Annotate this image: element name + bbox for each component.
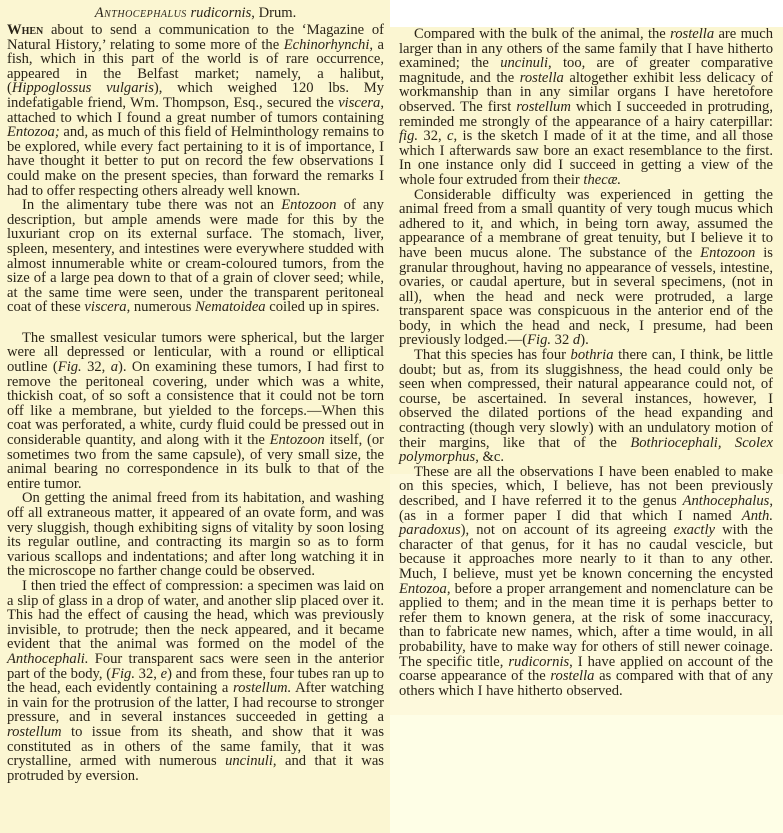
- italic-term: Entozoon: [700, 245, 755, 261]
- italic-term: rostellum: [516, 99, 571, 115]
- italic-term: uncinuli: [500, 55, 548, 71]
- italic-term: uncinuli: [225, 753, 273, 769]
- italic-term: rostella: [670, 26, 714, 42]
- paragraph: The smallest vesicular tumors were spher…: [7, 331, 384, 492]
- title-author: , Drum.: [251, 5, 296, 21]
- left-column: Anthocephalus rudicornis, Drum. When abo…: [0, 0, 390, 833]
- italic-term: Fig.: [58, 359, 82, 375]
- italic-term: rostella: [550, 668, 594, 684]
- paragraph: Considerable difficulty was experienced …: [399, 188, 773, 349]
- italic-term: Fig.: [111, 666, 135, 682]
- paragraph: Compared with the bulk of the animal, th…: [399, 27, 773, 188]
- italic-term: viscera: [338, 95, 380, 111]
- article-title: Anthocephalus rudicornis, Drum.: [7, 5, 384, 21]
- italic-term: fig.: [399, 128, 418, 144]
- italic-term: Entozoon: [270, 432, 325, 448]
- italic-term: Echinorhynchi: [284, 37, 370, 53]
- paragraph: On getting the animal freed from its hab…: [7, 491, 384, 579]
- italic-term: Anthocephalus: [683, 493, 770, 509]
- italic-term: a: [111, 359, 118, 375]
- paragraph: When about to send a communication to th…: [7, 23, 384, 198]
- italic-term: rostella: [520, 70, 564, 86]
- italic-term: rostellum: [7, 724, 62, 740]
- italic-term: Nematoidea: [195, 299, 266, 315]
- paragraph: In the alimentary tube there was not an …: [7, 198, 384, 315]
- italic-term: viscera: [84, 299, 126, 315]
- italic-term: Anthocephali.: [7, 651, 88, 667]
- italic-term: exactly: [674, 522, 715, 538]
- italic-term: Fig.: [527, 332, 551, 348]
- italic-term: Entozoa;: [7, 124, 60, 140]
- right-paragraphs: Compared with the bulk of the animal, th…: [399, 27, 773, 698]
- title-genus: Anthocephalus: [95, 5, 187, 21]
- italic-term: thecæ.: [583, 172, 621, 188]
- paragraph: That this species has four bothria there…: [399, 348, 773, 465]
- right-column: Compared with the bulk of the animal, th…: [390, 27, 783, 474]
- blank-margin-top-right: [390, 0, 783, 27]
- italic-term: rudicornis: [508, 654, 569, 670]
- left-paragraphs: When about to send a communication to th…: [7, 23, 384, 783]
- italic-term: Bothriocephali, Scolex polymorphus: [399, 435, 773, 466]
- drop-lead-word: When: [7, 22, 43, 38]
- italic-term: d: [573, 332, 580, 348]
- italic-term: c: [447, 128, 453, 144]
- italic-term: Hippoglossus vulgaris: [12, 80, 154, 96]
- italic-term: Entozoa: [399, 581, 447, 597]
- italic-term: bothria: [571, 347, 614, 363]
- paragraph: These are all the observations I have be…: [399, 465, 773, 699]
- italic-term: Entozoon: [281, 197, 336, 213]
- paragraph: I then tried the effect of compression: …: [7, 579, 384, 783]
- blank-margin-bottom-right: [390, 715, 783, 833]
- title-species: rudicornis: [190, 5, 251, 21]
- italic-term: e: [161, 666, 167, 682]
- italic-term: Anth. paradoxus: [399, 508, 773, 539]
- italic-term: rostellum.: [233, 680, 291, 696]
